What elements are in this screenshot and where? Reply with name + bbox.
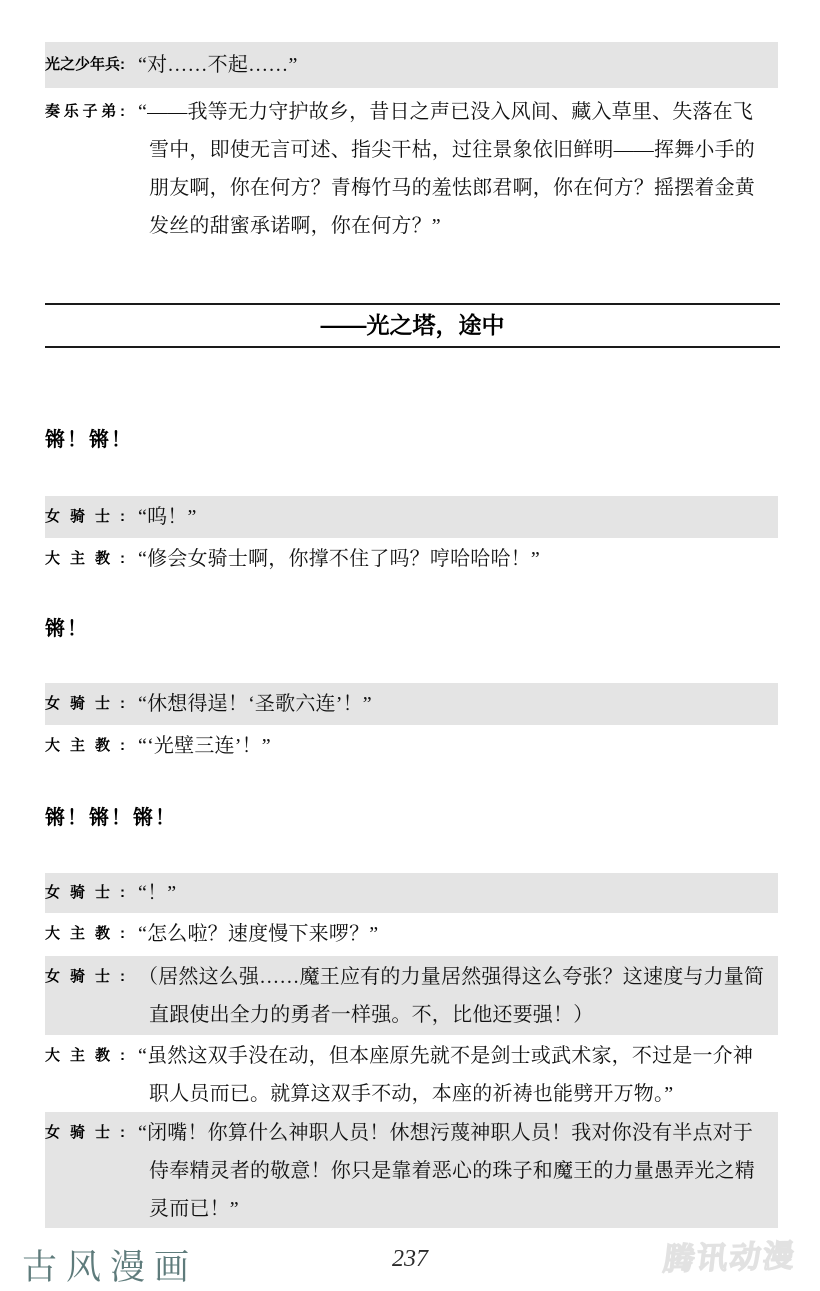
dialogue-text: “虽然这双手没在动，但本座原先就不是剑士或武术家，不过是一介神职人员而已。就算这… — [149, 1037, 778, 1113]
dialogue-text: “呜！” — [149, 498, 778, 536]
dialogue-row: 大主教: “怎么啦？速度慢下来啰？” — [45, 913, 778, 956]
dialogue-row: 大主教: “修会女骑士啊，你撑不住了吗？哼哈哈哈！” — [45, 538, 778, 580]
dialogue-row: 奏乐子弟: “——我等无力守护故乡，昔日之声已没入风间、藏入草里、失落在飞雪中，… — [45, 88, 778, 245]
dialogue-text: “修会女骑士啊，你撑不住了吗？哼哈哈哈！” — [149, 540, 778, 578]
dialogue-text: “怎么啦？速度慢下来啰？” — [149, 915, 778, 953]
sfx-text: 锵！ — [45, 614, 89, 644]
script-page: 光之少年兵: “对……不起……” 奏乐子弟: “——我等无力守护故乡，昔日之声已… — [0, 0, 820, 1291]
sfx-text: 锵！锵！ — [45, 425, 133, 455]
section-title: ——光之塔，途中 — [45, 305, 780, 345]
speaker-label: 女骑士: — [45, 958, 125, 996]
speaker-label: 奏乐子弟: — [45, 93, 125, 131]
speaker-label: 大主教: — [45, 727, 125, 765]
dialogue-row: 大主教: “‘光壁三连’！” — [45, 725, 778, 767]
dialogue-row: 女骑士: “休想得逞！‘圣歌六连’！” — [45, 683, 778, 725]
dialogue-text: “闭嘴！你算什么神职人员！休想污蔑神职人员！我对你没有半点对于侍奉精灵者的敬意！… — [149, 1114, 778, 1228]
speaker-label: 女骑士: — [45, 685, 125, 723]
sfx-text: 锵！锵！锵！ — [45, 803, 177, 833]
speaker-label: 女骑士: — [45, 1114, 125, 1152]
dialogue-row: 女骑士: （居然这么强……魔王应有的力量居然强得这么夸张？这速度与力量简直跟使出… — [45, 956, 778, 1035]
dialogue-row: 女骑士: “！” — [45, 873, 778, 913]
dialogue-text: （居然这么强……魔王应有的力量居然强得这么夸张？这速度与力量简直跟使出全力的勇者… — [149, 958, 778, 1034]
speaker-label: 大主教: — [45, 915, 125, 953]
dialogue-text: “——我等无力守护故乡，昔日之声已没入风间、藏入草里、失落在飞雪中，即使无言可述… — [149, 93, 778, 245]
dialogue-row: 女骑士: “呜！” — [45, 496, 778, 538]
speaker-label: 大主教: — [45, 1037, 125, 1075]
dialogue-text: “对……不起……” — [149, 46, 778, 84]
speaker-label: 光之少年兵: — [45, 46, 125, 84]
dialogue-text: “休想得逞！‘圣歌六连’！” — [149, 685, 778, 723]
dialogue-text: “‘光壁三连’！” — [149, 727, 778, 765]
speaker-label: 女骑士: — [45, 498, 125, 536]
dialogue-row: 女骑士: “闭嘴！你算什么神职人员！休想污蔑神职人员！我对你没有半点对于侍奉精灵… — [45, 1112, 778, 1228]
speaker-label: 女骑士: — [45, 874, 125, 912]
dialogue-row: 大主教: “虽然这双手没在动，但本座原先就不是剑士或武术家，不过是一介神职人员而… — [45, 1035, 778, 1113]
watermark: 腾讯动漫 — [661, 1230, 799, 1278]
section-divider-bottom — [45, 346, 780, 348]
dialogue-text: “！” — [149, 874, 778, 912]
speaker-label: 大主教: — [45, 540, 125, 578]
dialogue-row: 光之少年兵: “对……不起……” — [45, 42, 778, 88]
